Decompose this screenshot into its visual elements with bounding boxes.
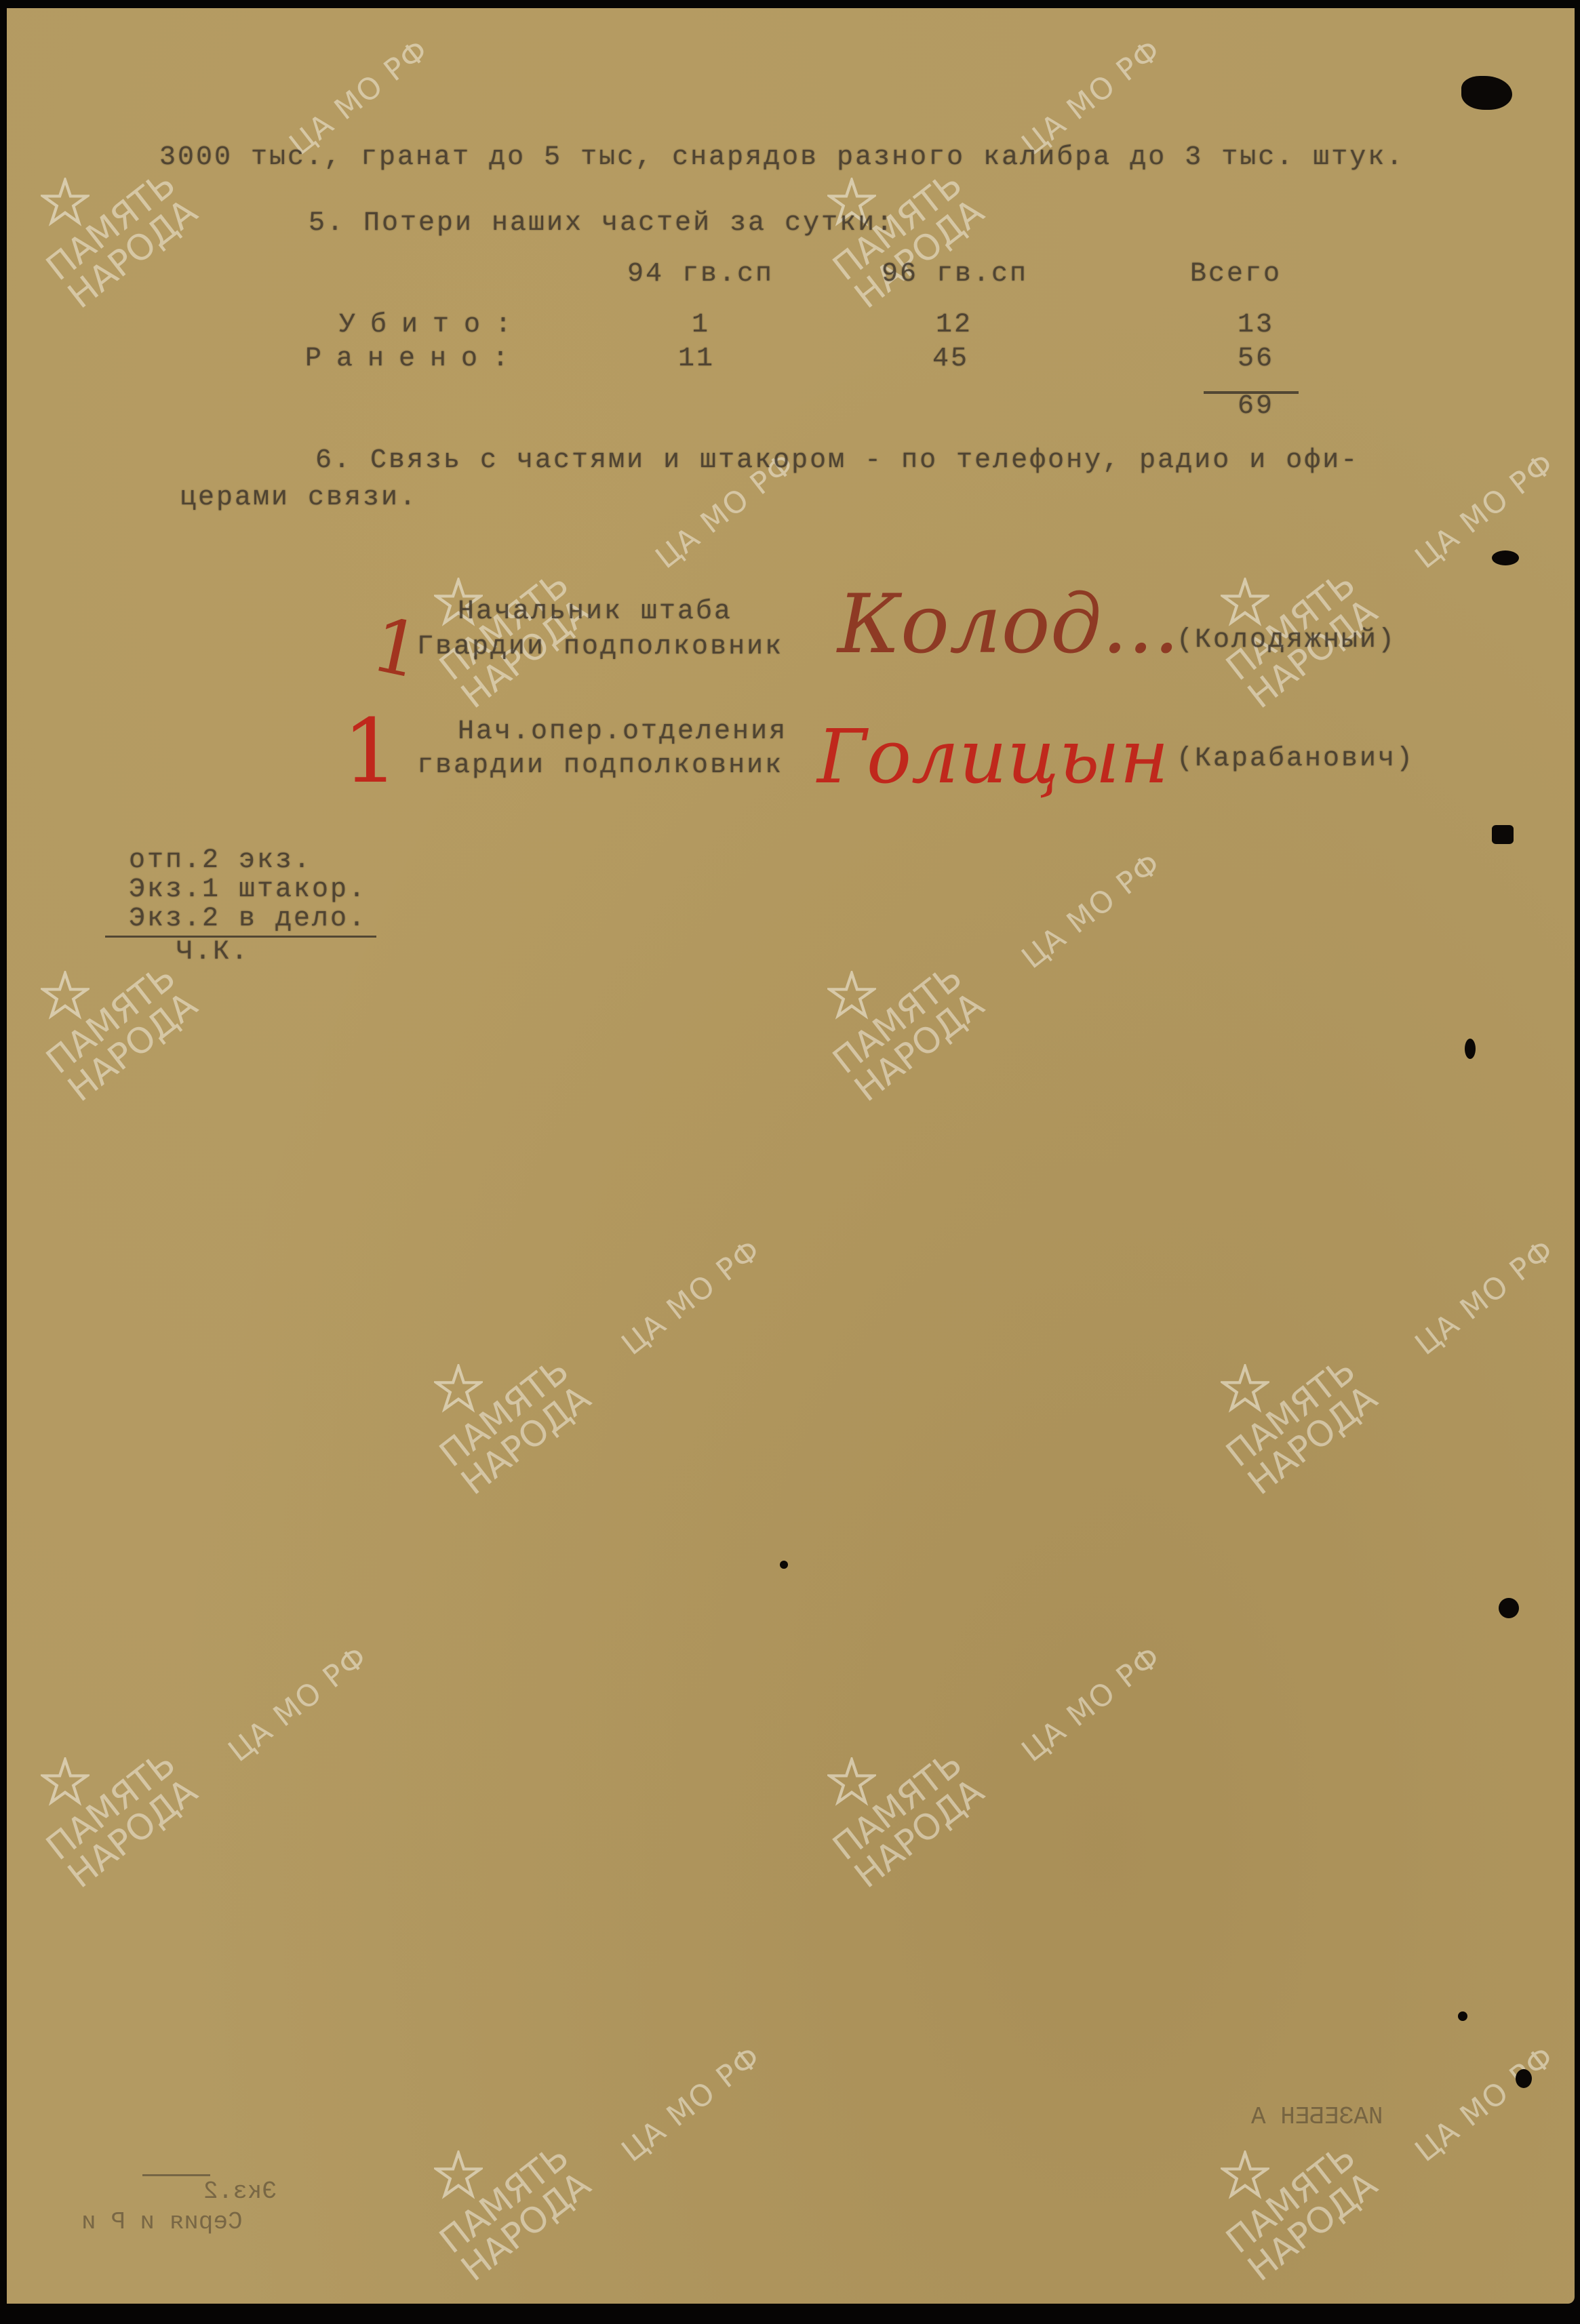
cell-value: 11: [678, 344, 715, 374]
paper-mark: [1465, 1039, 1476, 1059]
column-header: 96 гв.сп: [882, 259, 1028, 289]
section6-line2: церами связи.: [180, 483, 418, 513]
star-icon: [827, 971, 876, 1020]
signer-name: (Колодяжный): [1177, 625, 1396, 656]
watermark-camo: ЦА МО РФ: [1017, 848, 1166, 974]
paper-mark: [1516, 2069, 1532, 2088]
row-label-killed: Убито:: [339, 310, 526, 340]
signer-name: (Карабанович): [1177, 744, 1415, 774]
column-header: 94 гв.сп: [627, 259, 774, 289]
red-check-mark: 1: [342, 700, 399, 803]
star-icon: [41, 178, 90, 226]
continuation-line: 3000 тыс., гранат до 5 тыс, снарядов раз…: [159, 142, 1404, 173]
bleed-through-text: ИАЗЕБЕН А: [1251, 2103, 1383, 2131]
paper-hole: [1492, 550, 1519, 565]
row-label-wounded: Ранено:: [305, 344, 524, 374]
watermark-camo: ЦА МО РФ: [1017, 1641, 1166, 1767]
bleed-through-text: Серия и Р и: [81, 2208, 243, 2236]
cell-value: 13: [1238, 310, 1274, 340]
signer-title: Начальник штаба: [458, 597, 732, 627]
grand-total: 69: [1238, 391, 1274, 422]
signer-rank: Гвардии подполковник: [417, 632, 783, 662]
section5-heading: 5. Потери наших частей за сутки:: [309, 208, 894, 239]
watermark-camo: ЦА МО РФ: [617, 2041, 766, 2167]
star-icon: [434, 2150, 483, 2199]
section6-line1: 6. Связь с частями и штакором - по телеф…: [315, 445, 1359, 476]
watermark-camo: ЦА МО РФ: [1410, 448, 1560, 574]
paper-hole: [1461, 76, 1512, 110]
star-icon: [1221, 1364, 1269, 1413]
handwritten-signature: Голицын: [817, 713, 1169, 800]
star-icon: [41, 971, 90, 1020]
bleed-rule: [142, 2174, 210, 2176]
column-header: Всего: [1190, 259, 1282, 289]
watermark-camo: ЦА МО РФ: [617, 1235, 766, 1361]
signer-title: Нач.опер.отделения: [458, 717, 787, 747]
cell-value: 12: [936, 310, 972, 340]
watermark-camo: ЦА МО РФ: [285, 35, 434, 161]
watermark-camo: ЦА МО РФ: [1410, 1235, 1560, 1361]
paper-speck: [780, 1561, 788, 1569]
watermark-camo: ЦА МО РФ: [1410, 2041, 1560, 2167]
cell-value: 1: [692, 310, 710, 340]
distribution-line: отп.2 экз.: [129, 845, 312, 876]
paper-speck: [1458, 2011, 1467, 2021]
distribution-line: Ч.К.: [176, 937, 250, 967]
star-icon: [827, 1757, 876, 1806]
watermark-camo: ЦА МО РФ: [224, 1641, 373, 1767]
cell-value: 56: [1238, 344, 1274, 374]
paper-hole: [1499, 1598, 1519, 1618]
watermark-camo: ЦА МО РФ: [1017, 35, 1166, 161]
paper-hole: [1492, 825, 1514, 844]
handwritten-signature: Колод...: [837, 578, 1179, 672]
distribution-line: Экз.1 штакор.: [129, 875, 367, 905]
bleed-through-text: Экз.2: [203, 2178, 277, 2205]
distribution-line: Экз.2 в дело.: [129, 904, 367, 934]
cell-value: 45: [932, 344, 969, 374]
star-icon: [1221, 578, 1269, 626]
star-icon: [434, 1364, 483, 1413]
star-icon: [1221, 2150, 1269, 2199]
signer-rank: гвардии подполковник: [417, 750, 783, 781]
star-icon: [41, 1757, 90, 1806]
document-page: ЦА МО РФ ЦА МО РФ ЦА МО РФ ЦА МО РФ ЦА М…: [7, 8, 1575, 2304]
